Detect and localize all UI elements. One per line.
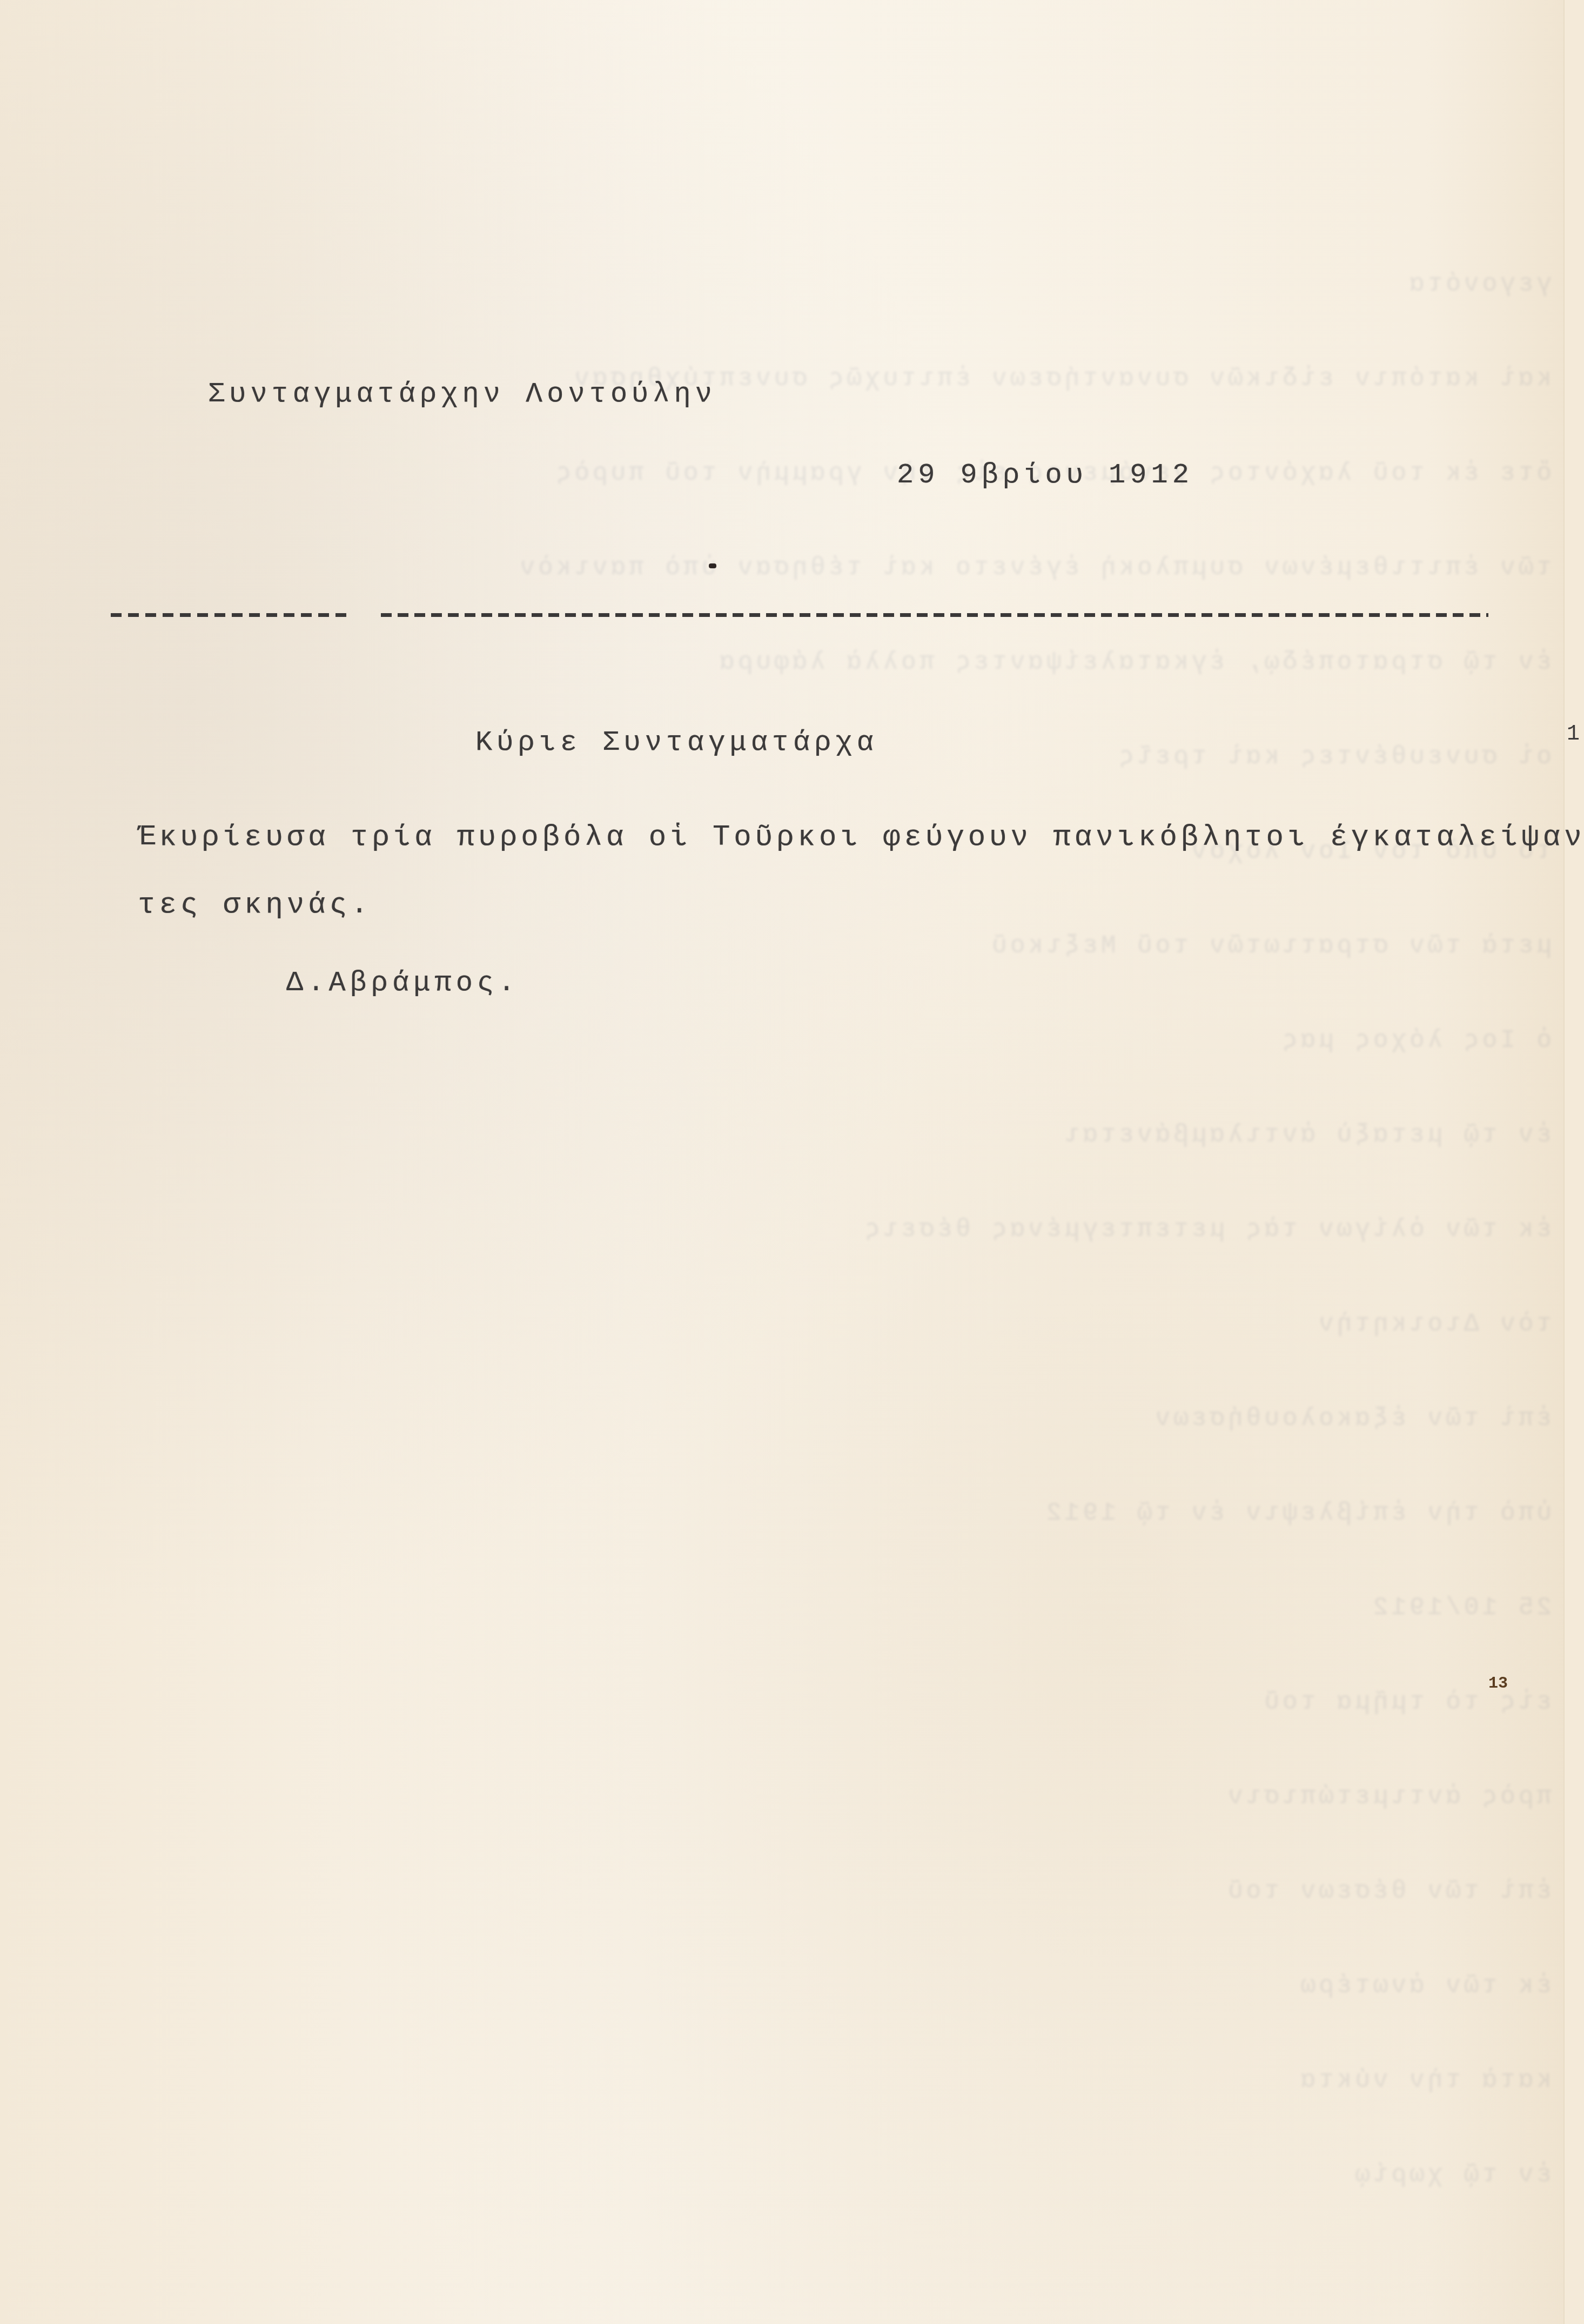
separator-segment-short [111,613,348,617]
ghost-line: ἐν τῷ στρατοπέδῳ, ἐγκαταλείψαντες πολλὰ … [135,648,1552,676]
ghost-line: κατὰ τὴν νύκτα [135,2066,1552,2094]
ghost-line: 25 10/1912 [135,1594,1552,1622]
ghost-line: ὑπὸ τὴν ἐπίβλεψιν ἐν τῷ 1912 [135,1499,1552,1527]
date: 29 9βρίου 1912 [897,459,1193,491]
ghost-line: ἐκ τῶν ἀνωτέρω [135,1972,1552,2000]
ghost-line: ὅτε ἐκ τοῦ λαχόντος γενόμενος εἰς τὴν γρ… [135,459,1552,487]
ghost-line: ἐκ τῶν ὀλίγων τὰς μετεπτεγμένας θέσεις [135,1215,1552,1244]
margin-mark: 1 [1567,727,1580,743]
salutation: Κύριε Συνταγματάρχα [475,727,878,758]
body-line: Έκυρίευσα τρία πυροβόλα οἱ Τοῦρκοι φεύγο… [138,821,1584,854]
ghost-line: πρὸς ἀντιμετώπισιν [135,1783,1552,1811]
ghost-line: ἐν τῷ μεταξὺ ἀντιλαμβάνεται [135,1121,1552,1149]
corner-ink-mark: 13 [1488,1675,1508,1693]
separator-segment-long [381,613,1488,617]
ghost-line: ὁ Ιος λόχος μας [135,1026,1552,1054]
ink-dot [709,563,716,568]
dashed-separator [111,613,1488,617]
signature: Δ.Αβράμπος. [286,967,519,999]
ghost-line: γεγονότα [135,270,1552,298]
page-edge [1563,0,1584,2324]
ghost-line: ἐπὶ τῶν ἐξακολουθήσεων [135,1405,1552,1433]
body-line: τες σκηνάς. [138,889,372,922]
ghost-line: μετὰ τῶν στρατιωτῶν τοῦ Μεξικοῦ [135,932,1552,960]
ghost-line: ἐπὶ τῶν θέσεων τοῦ [135,1877,1552,1905]
ghost-line: εἰς τὸ τμῆμα τοῦ [135,1688,1552,1716]
addressee: Συνταγματάρχην Λοντούλην [208,378,716,410]
ghost-line: ἐν τῷ χωρίῳ [135,2161,1552,2189]
ghost-line: τὸν Διοικητὴν [135,1310,1552,1338]
ghost-line: τῶν ἐπιτιθεμένων συμπλοκὴ ἐγένετο καὶ τέ… [135,554,1552,582]
